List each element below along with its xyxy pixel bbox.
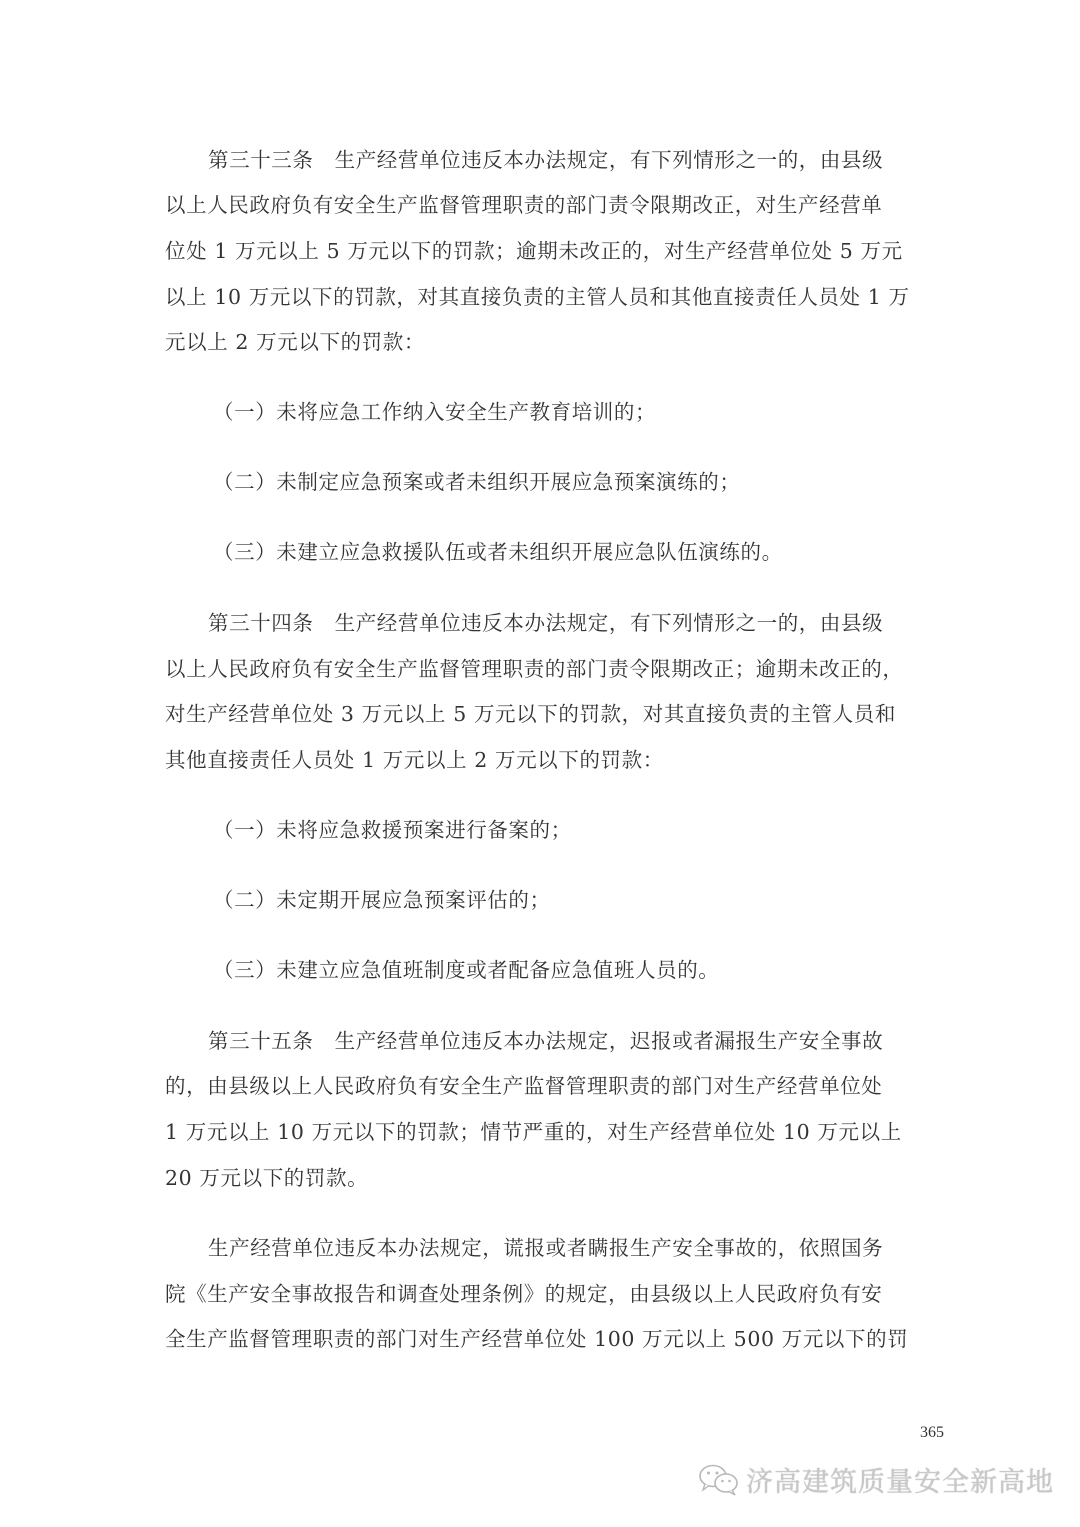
article-34-item-1: （一）未将应急救援预案进行备案的； — [213, 815, 572, 845]
article-33-line-4: 以上 10 万元以下的罚款，对其直接负责的主管人员和其他直接责任人员处 1 万 — [165, 282, 910, 312]
article-35-para2-line-3: 全生产监督管理职责的部门对生产经营单位处 100 万元以上 500 万元以下的罚 — [165, 1324, 908, 1354]
article-33-line-1: 第三十三条 生产经营单位违反本办法规定，有下列情形之一的，由县级 — [208, 145, 883, 175]
article-34-line-2: 以上人民政府负有安全生产监督管理职责的部门责令限期改正；逾期未改正的， — [165, 654, 904, 684]
article-35-line-1: 第三十五条 生产经营单位违反本办法规定，迟报或者漏报生产安全事故 — [208, 1026, 883, 1056]
article-35-para2-line-1: 生产经营单位违反本办法规定，谎报或者瞒报生产安全事故的，依照国务 — [208, 1233, 883, 1263]
article-35-line-2: 的，由县级以上人民政府负有安全生产监督管理职责的部门对生产经营单位处 — [165, 1071, 882, 1101]
article-33-item-2: （二）未制定应急预案或者未组织开展应急预案演练的； — [213, 467, 741, 497]
article-34-item-3: （三）未建立应急值班制度或者配备应急值班人员的。 — [213, 955, 719, 985]
document-page: 第三十三条 生产经营单位违反本办法规定，有下列情形之一的，由县级 以上人民政府负… — [0, 0, 1080, 1527]
article-33-line-5: 元以上 2 万元以下的罚款： — [165, 327, 425, 357]
article-33-line-2: 以上人民政府负有安全生产监督管理职责的部门责令限期改正，对生产经营单 — [165, 190, 882, 220]
article-33-line-3: 位处 1 万元以上 5 万元以下的罚款；逾期未改正的，对生产经营单位处 5 万元 — [165, 236, 903, 266]
article-34-item-2: （二）未定期开展应急预案评估的； — [213, 885, 551, 915]
article-35-line-3: 1 万元以上 10 万元以下的罚款；情节严重的，对生产经营单位处 10 万元以上 — [165, 1117, 902, 1147]
article-33-item-1: （一）未将应急工作纳入安全生产教育培训的； — [213, 397, 656, 427]
wechat-icon — [698, 1464, 740, 1496]
article-34-line-3: 对生产经营单位处 3 万元以上 5 万元以下的罚款，对其直接负责的主管人员和 — [165, 699, 896, 729]
watermark-text: 济高建筑质量安全新高地 — [746, 1460, 1054, 1499]
watermark: 济高建筑质量安全新高地 — [698, 1460, 1054, 1499]
article-35-line-4: 20 万元以下的罚款。 — [165, 1163, 368, 1193]
article-34-line-4: 其他直接责任人员处 1 万元以上 2 万元以下的罚款： — [165, 745, 664, 775]
article-33-item-3: （三）未建立应急救援队伍或者未组织开展应急队伍演练的。 — [213, 537, 783, 567]
article-35-para2-line-2: 院《生产安全事故报告和调查处理条例》的规定，由县级以上人民政府负有安 — [165, 1279, 882, 1309]
page-number: 365 — [920, 1424, 944, 1442]
article-34-line-1: 第三十四条 生产经营单位违反本办法规定，有下列情形之一的，由县级 — [208, 608, 883, 638]
